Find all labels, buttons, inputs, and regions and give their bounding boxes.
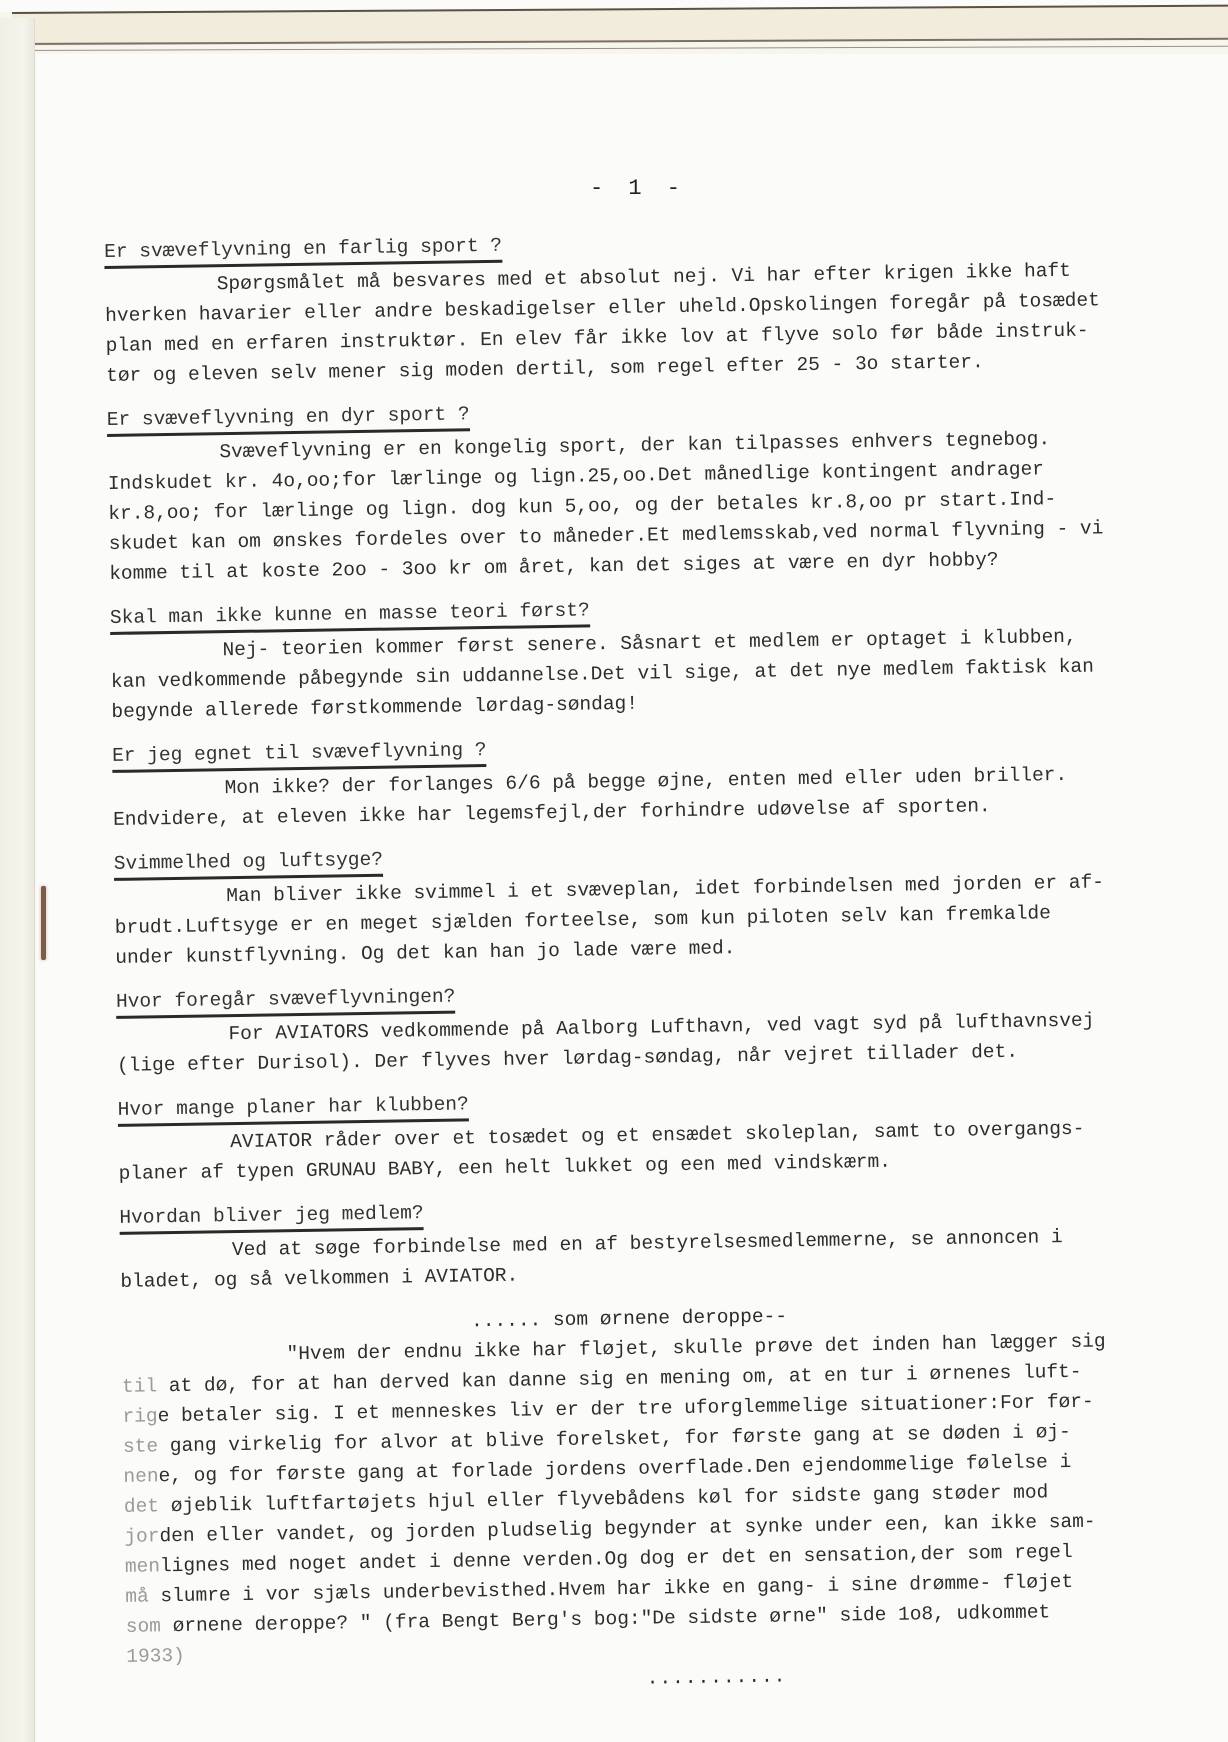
faq-section: Hvor mange planer har klubben?AVIATOR rå… <box>117 1078 1228 1188</box>
section-heading: Skal man ikke kunne en masse teori først… <box>110 596 590 635</box>
section-heading: Hvordan bliver jeg medlem? <box>119 1199 424 1235</box>
section-paragraph: Man bliver ikke svimmel i et svæveplan, … <box>114 865 1225 972</box>
faq-section: Skal man ikke kunne en masse teori først… <box>110 587 1222 727</box>
page-number: - 1 - <box>590 176 686 201</box>
section-paragraph: Spørgsmålet må besvares med et absolut n… <box>105 254 1217 391</box>
page-edge-line <box>12 46 1228 51</box>
section-paragraph: Svæveflyvning er en kongelig sport, der … <box>107 422 1219 589</box>
quote-paragraph: "Hvem der endnu ikke har fløjet, skulle … <box>121 1324 1228 1671</box>
faq-section: Hvordan bliver jeg medlem?Ved at søge fo… <box>119 1186 1228 1296</box>
section-heading: Svimmelhed og luftsyge? <box>114 846 384 881</box>
section-heading: Er jeg egnet til svæveflyvning ? <box>112 736 487 773</box>
binding-margin <box>0 18 35 1742</box>
section-paragraph: Nej- teorien kommer først senere. Såsnar… <box>110 620 1221 727</box>
faq-section: Er svæveflyvning en farlig sport ?Spørgs… <box>104 221 1216 391</box>
staple-mark <box>41 886 46 960</box>
faq-section: Er jeg egnet til svæveflyvning ?Mon ikke… <box>112 725 1223 835</box>
faq-section: Svimmelhed og luftsyge?Man bliver ikke s… <box>114 832 1226 972</box>
section-heading: Er svæveflyvning en dyr sport ? <box>107 400 470 437</box>
section-heading: Hvor foregår svæveflyvningen? <box>116 983 456 1019</box>
section-heading: Er svæveflyvning en farlig sport ? <box>104 232 502 269</box>
faq-section: Hvor foregår svæveflyvningen?For AVIATOR… <box>116 970 1227 1080</box>
document-body: Er svæveflyvning en farlig sport ?Spørgs… <box>104 221 1228 1698</box>
section-heading: Hvor mange planer har klubben? <box>117 1090 469 1127</box>
faq-section: Er svæveflyvning en dyr sport ?Svæveflyv… <box>107 389 1220 589</box>
